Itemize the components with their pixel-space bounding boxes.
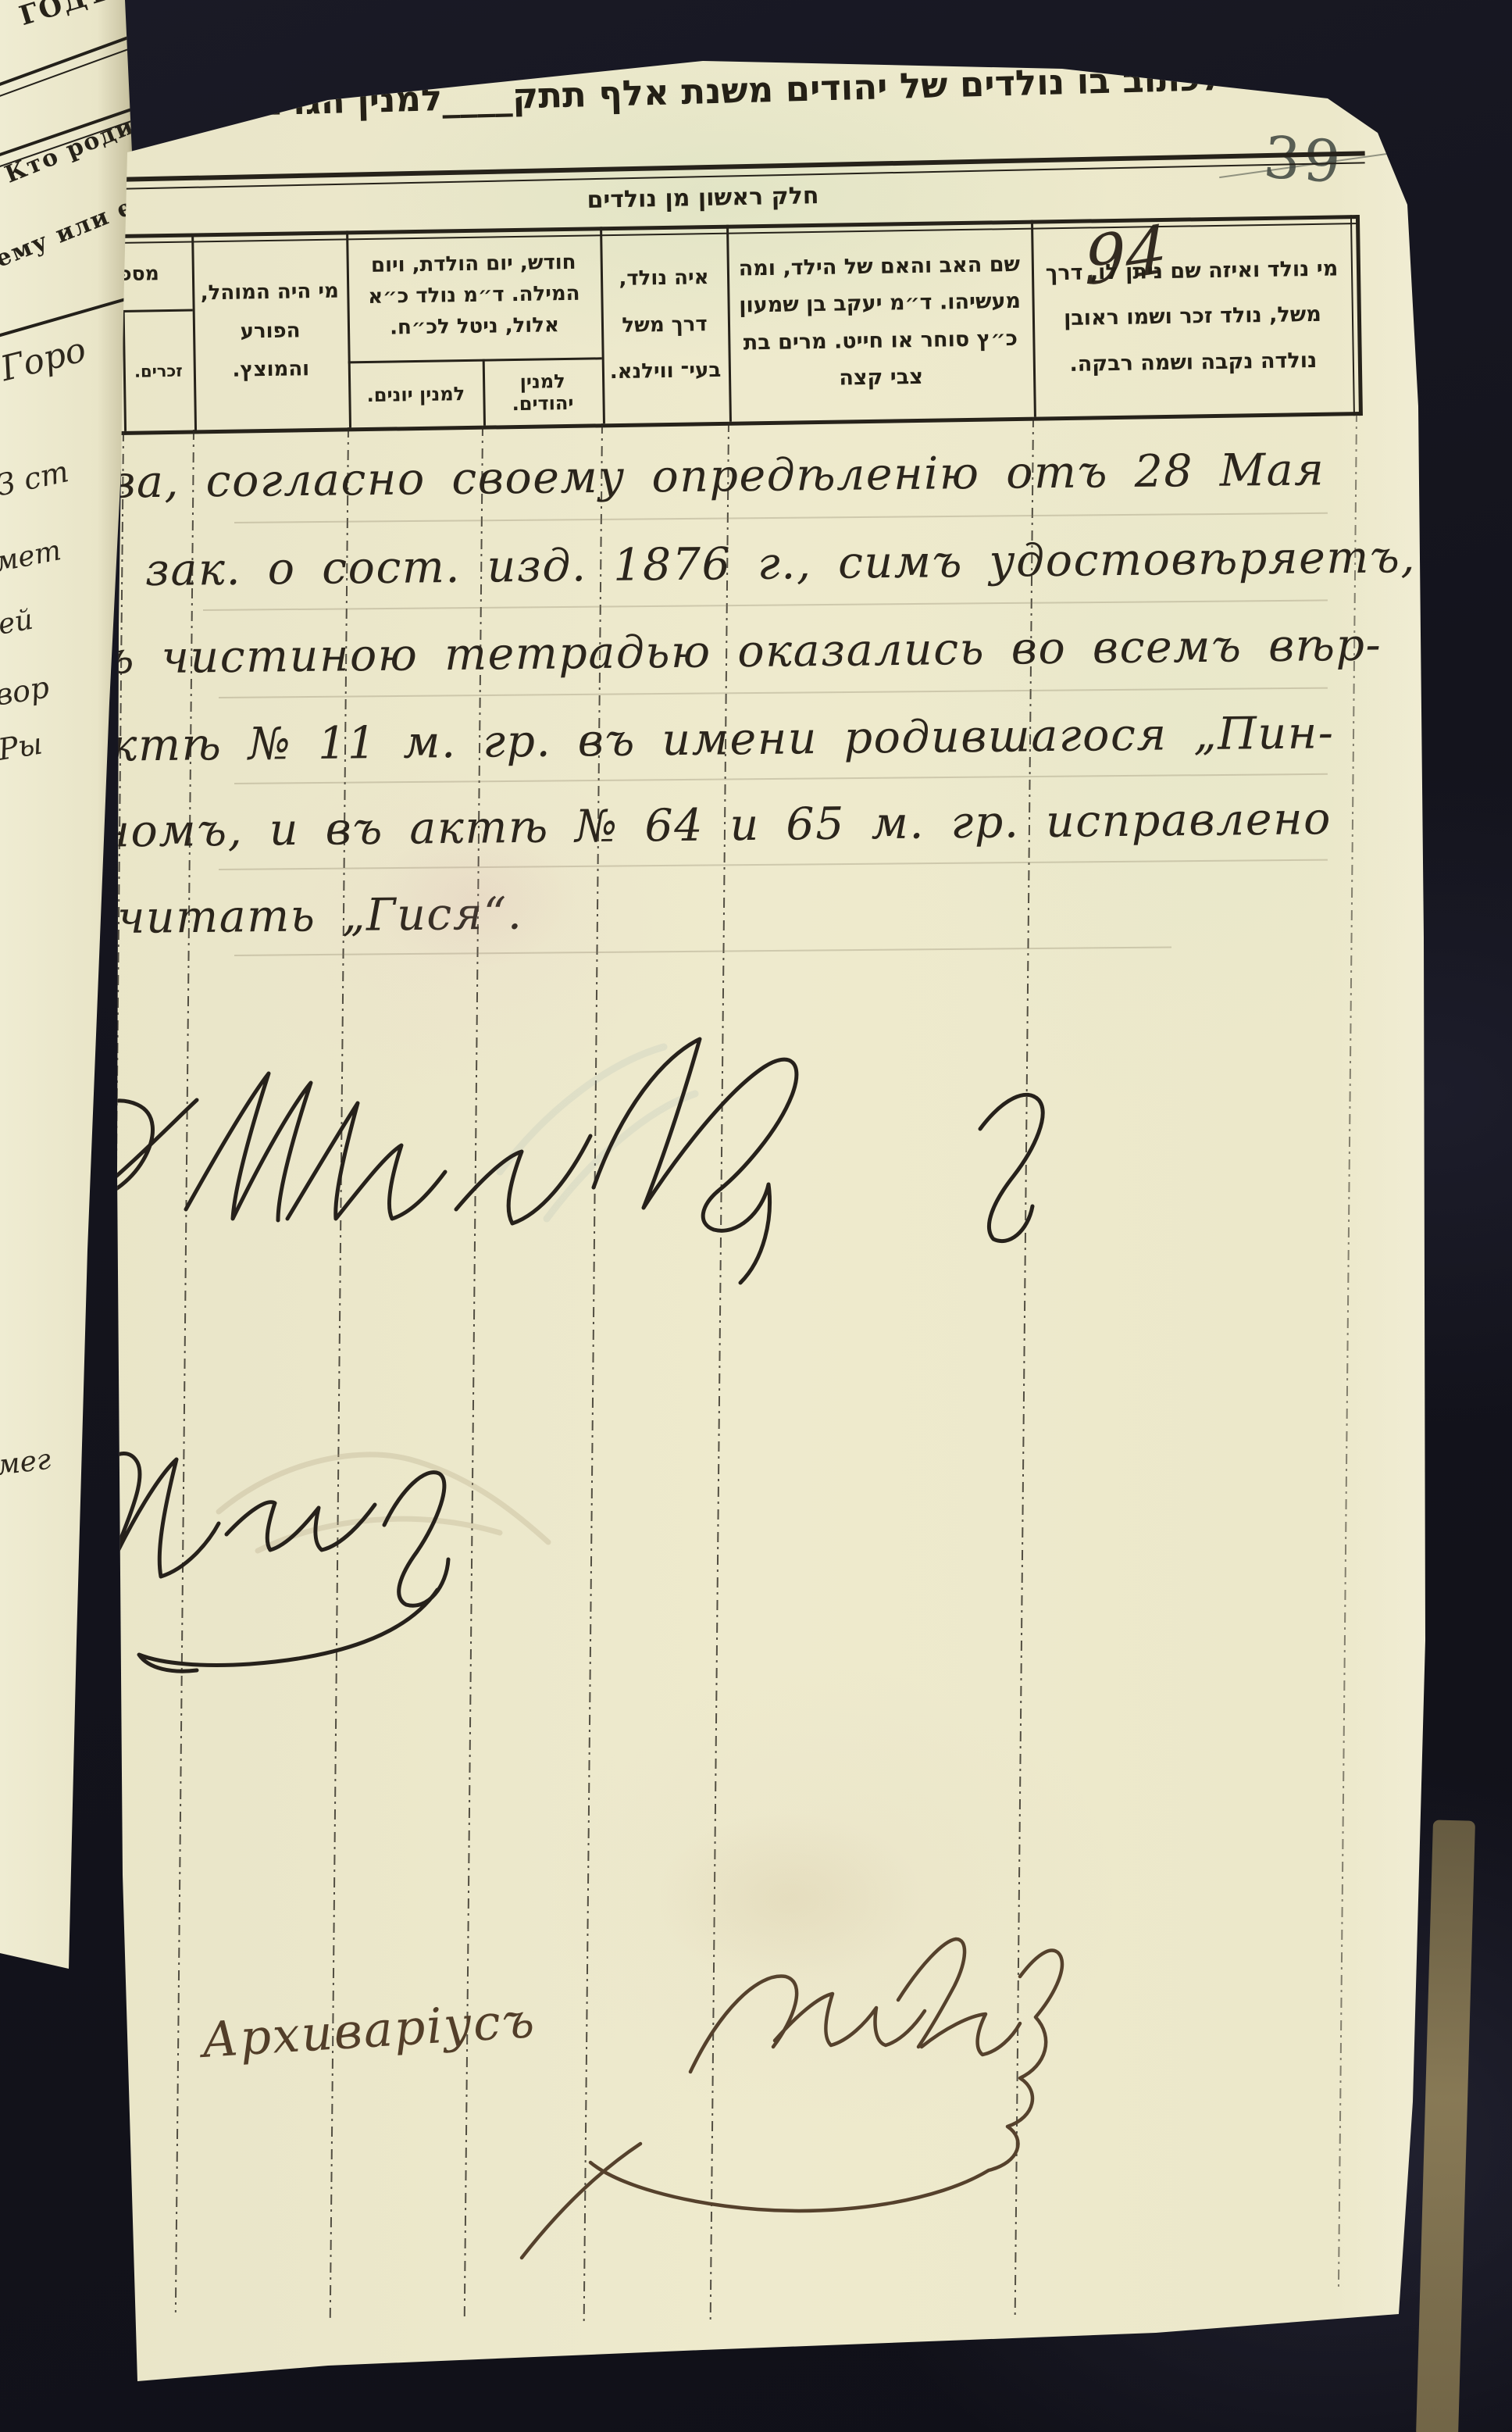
ink-showthrough (219, 1455, 548, 1551)
register-page: ספר לכתוב בו נולדים של יהודים משנת אלף ת… (0, 0, 1512, 2432)
signature-flourish-1 (66, 1039, 1043, 1283)
ink-showthrough (500, 1047, 695, 1219)
left-page-year-label: ГОДЪ. (16, 0, 127, 32)
baseline-guide (219, 687, 1328, 698)
column-rule-dashed (583, 423, 603, 2322)
col-number-males: זכרים. (123, 312, 194, 431)
column-rule-dashed (1015, 417, 1034, 2316)
loose-page-edge (1416, 1820, 1475, 2432)
paper-speck (92, 2306, 100, 2314)
col-count-jewish: למנין יהודים. (485, 359, 601, 425)
archivist-title: Архиваріусъ (200, 1991, 537, 2069)
left-page-script-fragment: ей (0, 604, 35, 641)
paper-stain (375, 828, 578, 969)
col-newborn: מי נולד ואיזה שם ניתן לו, דרך משל, נולד … (1033, 217, 1352, 416)
column-rule-dashed (710, 422, 729, 2320)
left-page-script-fragment: Горо (0, 330, 90, 389)
left-page-rule (0, 31, 143, 87)
archival-scan: ГОДЪ. Кто родил ему или е Горо З ст мет … (0, 0, 1512, 2432)
paper-stain (656, 1812, 922, 1984)
left-page-script-fragment: З ст (0, 454, 72, 502)
baseline-guide (234, 947, 1171, 956)
col-parents: שם האב והאם של הילד, ומה מעשיהו. ד״מ יעק… (729, 223, 1032, 422)
table-border-right (1356, 215, 1363, 416)
manuscript-line-5: сномъ, и въ актѣ № 64 и 65 м. гр. исправ… (74, 793, 1332, 858)
left-page-script-fragment: Ры (0, 726, 45, 766)
column-rule-dashed (175, 430, 194, 2312)
col-mohel: מי היה המוהל, הפורע והמוצץ. (194, 233, 347, 430)
col-birthplace: איה נולד, דרך משל בעי־ ווילנא. (602, 227, 727, 423)
baseline-guide (234, 773, 1328, 784)
left-page-script-fragment: мет (0, 534, 64, 579)
left-page-rule (0, 44, 142, 98)
left-page-column-header: ему или е (0, 193, 138, 273)
signature-flourish-3 (522, 1939, 1062, 2258)
manuscript-line-3: съ чистиною тетрадью оказались во всемъ … (78, 620, 1382, 684)
manuscript-line-4: актѣ № 11 м. гр. въ имени родившагося „П… (83, 707, 1335, 772)
col-count-civil: למנין יונים. (351, 362, 481, 428)
signature-flourish-2 (80, 1453, 448, 1671)
col-birth-date: חודש, יום הולדת, ויום המילה. ד״מ נולד כ״… (348, 229, 600, 361)
left-page-script-fragment: вор (0, 670, 52, 712)
baseline-guide (203, 599, 1328, 611)
column-rule-right (1338, 412, 1357, 2287)
left-page-script-fragment: мег (0, 1444, 52, 1482)
